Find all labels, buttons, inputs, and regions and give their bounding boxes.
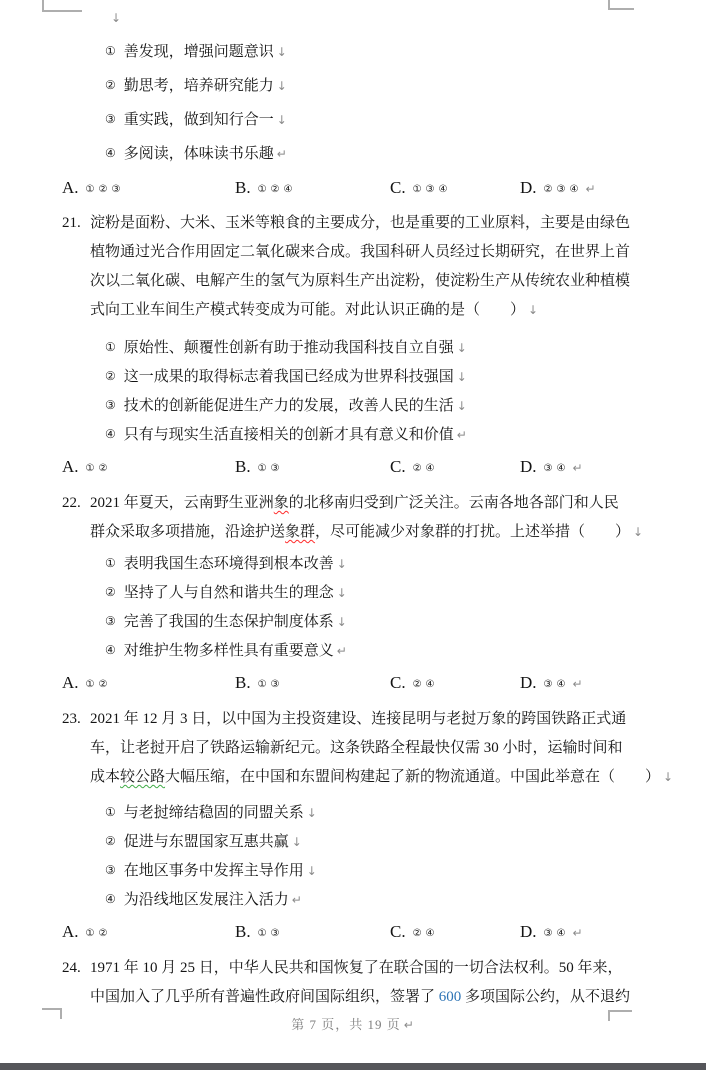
text-segment: 多阅读，体味读书乐趣 xyxy=(124,146,274,162)
page-bottom-edge xyxy=(0,1063,706,1070)
text-segment: 促进与东盟国家互惠共赢 xyxy=(124,834,289,850)
answer-letter: A. xyxy=(62,673,79,692)
question-line: 24.1971 年 10 月 25 日，中华人民共和国恢复了在联合国的一切合法权… xyxy=(0,954,706,983)
question-text: 1971 年 10 月 25 日，中华人民共和国恢复了在联合国的一切合法权利。5… xyxy=(90,960,623,976)
text-segment: 2021 年夏天，云南野生亚洲 xyxy=(90,495,274,511)
option-line: ③在地区事务中发挥主导作用↓ xyxy=(0,856,706,885)
option-line: ④只有与现实生活直接相关的创新才具有意义和价值↵ xyxy=(0,420,706,449)
paragraph-mark: ↵ xyxy=(572,926,582,940)
text-segment: 600 xyxy=(439,989,462,1005)
format-mark: ↓ xyxy=(528,303,538,317)
circled-number: ③ xyxy=(105,614,116,628)
answer-numbers: ③④ xyxy=(544,679,570,690)
circled-number: ① xyxy=(105,805,116,819)
text-segment: 车，让老挝开启了铁路运输新纪元。这条铁路全程最快仅需 30 小时，运输时间和 xyxy=(90,740,623,756)
answer-letter: B. xyxy=(235,673,251,692)
answer-choice-b: B.①③ xyxy=(235,449,390,487)
answer-letter: C. xyxy=(390,457,406,476)
option-line: ①表明我国生态环境得到根本改善↓ xyxy=(0,549,706,578)
answer-numbers: ②③④ xyxy=(544,184,583,195)
option-text: 技术的创新能促进生产力的发展，改善人民的生活↓ xyxy=(124,398,467,414)
answer-letter: B. xyxy=(235,922,251,941)
option-text: 重实践，做到知行合一↓ xyxy=(124,112,287,128)
answer-letter: C. xyxy=(390,178,406,197)
text-segment: 象群 xyxy=(285,524,315,540)
answer-numbers: ②④ xyxy=(413,463,439,474)
text-segment: 这一成果的取得标志着我国已经成为世界科技强国 xyxy=(124,369,454,385)
text-segment: ，尽可能减少对象群的打扰。上述举措（ ） xyxy=(315,524,630,540)
question-24: 24.1971 年 10 月 25 日，中华人民共和国恢复了在联合国的一切合法权… xyxy=(0,954,706,1012)
answer-numbers: ①③ xyxy=(258,679,284,690)
option-line: ②坚持了人与自然和谐共生的理念↓ xyxy=(0,578,706,607)
answer-choice-d: D.③④ xyxy=(520,914,569,952)
option-line: ④对维护生物多样性具有重要意义↵ xyxy=(0,636,706,665)
question-line: 群众采取多项措施，沿途护送象群，尽可能减少对象群的打扰。上述举措（ ）↓ xyxy=(0,518,706,547)
option-group: ①表明我国生态环境得到根本改善↓ ②坚持了人与自然和谐共生的理念↓ ③完善了我国… xyxy=(0,549,706,665)
answer-numbers: ②④ xyxy=(413,679,439,690)
format-mark: ↓ xyxy=(277,113,287,127)
answer-row: A.①②B.①③C.②④D.③④↵ xyxy=(0,449,706,485)
format-mark: ↵ xyxy=(337,644,347,658)
question-text: 成本较公路大幅压缩，在中国和东盟间构建起了新的物流通道。中国此举意在（ ）↓ xyxy=(90,769,673,785)
text-segment: 淀粉是面粉、大米、玉米等粮食的主要成分，也是重要的工业原料，主要是由绿色 xyxy=(90,215,630,231)
text-segment: 的北移南归受到广泛关注。云南各地各部门和人民 xyxy=(289,495,619,511)
question-line: 22.2021 年夏天，云南野生亚洲象的北移南归受到广泛关注。云南各地各部门和人… xyxy=(0,489,706,518)
circled-number: ④ xyxy=(105,892,116,906)
answer-choice-b: B.①③ xyxy=(235,914,390,952)
text-segment: 完善了我国的生态保护制度体系 xyxy=(124,614,334,630)
question-number: 24. xyxy=(62,954,90,983)
format-mark: ↵ xyxy=(292,893,302,907)
answer-row: A.①②B.①③C.②④D.③④↵ xyxy=(0,665,706,701)
text-segment: 式向工业车间生产模式转变成为可能。对此认识正确的是（ ） xyxy=(90,302,525,318)
question-line: 植物通过光合作用固定二氧化碳来合成。我国科研人员经过长期研究，在世界上首 xyxy=(0,238,706,267)
answer-row: A.①②B.①③C.②④D.③④↵ xyxy=(0,914,706,950)
circled-number: ① xyxy=(105,44,116,58)
answer-numbers: ①③ xyxy=(258,928,284,939)
circled-number: ② xyxy=(105,834,116,848)
option-text: 这一成果的取得标志着我国已经成为世界科技强国↓ xyxy=(124,369,467,385)
text-segment: 成本 xyxy=(90,769,120,785)
format-mark: ↓ xyxy=(277,79,287,93)
text-segment: 坚持了人与自然和谐共生的理念 xyxy=(124,585,334,601)
answer-numbers: ③④ xyxy=(544,928,570,939)
circled-number: ① xyxy=(105,340,116,354)
circled-number: ④ xyxy=(105,427,116,441)
question-text: 次以二氧化碳、电解产生的氢气为原料生产出淀粉，使淀粉生产从传统农业种植模 xyxy=(90,273,630,289)
answer-numbers: ①② xyxy=(86,679,112,690)
option-text: 坚持了人与自然和谐共生的理念↓ xyxy=(124,585,347,601)
format-mark: ↓ xyxy=(663,770,673,784)
option-text: 表明我国生态环境得到根本改善↓ xyxy=(124,556,347,572)
option-group: ①原始性、颠覆性创新有助于推动我国科技自立自强↓ ②这一成果的取得标志着我国已经… xyxy=(0,333,706,449)
circled-number: ② xyxy=(105,78,116,92)
option-group: ①与老挝缔结稳固的同盟关系↓ ②促进与东盟国家互惠共赢↓ ③在地区事务中发挥主导… xyxy=(0,798,706,914)
text-segment: 大幅压缩，在中国和东盟间构建起了新的物流通道。中国此举意在（ ） xyxy=(165,769,660,785)
option-text: 勤思考，培养研究能力↓ xyxy=(124,78,287,94)
answer-choice-c: C.①③④ xyxy=(390,170,520,207)
format-mark: ↓ xyxy=(307,806,317,820)
question-number: 22. xyxy=(62,489,90,518)
option-line: ④多阅读，体味读书乐趣↵ xyxy=(0,136,706,170)
page-footer: 第 7 页，共 19 页↵ xyxy=(0,1014,706,1033)
question-line: 车，让老挝开启了铁路运输新纪元。这条铁路全程最快仅需 30 小时，运输时间和 xyxy=(0,734,706,763)
format-mark: ↓ xyxy=(337,615,347,629)
text-segment: 1971 年 10 月 25 日，中华人民共和国恢复了在联合国的一切合法权利。5… xyxy=(90,960,623,976)
text-segment: 勤思考，培养研究能力 xyxy=(124,78,274,94)
option-text: 在地区事务中发挥主导作用↓ xyxy=(124,863,317,879)
question-text: 淀粉是面粉、大米、玉米等粮食的主要成分，也是重要的工业原料，主要是由绿色 xyxy=(90,215,630,231)
format-mark: ↓ xyxy=(337,557,347,571)
text-segment: 群众采取多项措施，沿途护送 xyxy=(90,524,285,540)
option-line: ①与老挝缔结稳固的同盟关系↓ xyxy=(0,798,706,827)
answer-numbers: ②④ xyxy=(413,928,439,939)
text-segment: 善发现，增强问题意识 xyxy=(124,44,274,60)
text-segment: 较公路 xyxy=(120,769,165,785)
option-text: 多阅读，体味读书乐趣↵ xyxy=(124,146,287,162)
question-line: 次以二氧化碳、电解产生的氢气为原料生产出淀粉，使淀粉生产从传统农业种植模 xyxy=(0,267,706,296)
format-mark: ↵ xyxy=(457,428,467,442)
paragraph-mark: ↵ xyxy=(572,461,582,475)
question-text: 群众采取多项措施，沿途护送象群，尽可能减少对象群的打扰。上述举措（ ）↓ xyxy=(90,524,643,540)
answer-choice-d: D.③④ xyxy=(520,449,569,487)
option-text: 对维护生物多样性具有重要意义↵ xyxy=(124,643,347,659)
document-page: ↓ ①善发现，增强问题意识↓ ②勤思考，培养研究能力↓ ③重实践，做到知行合一↓… xyxy=(0,6,706,1012)
answer-letter: B. xyxy=(235,457,251,476)
answer-numbers: ①② xyxy=(86,463,112,474)
text-segment: 2021 年 12 月 3 日，以中国为主投资建设、连接昆明与老挝万象的跨国铁路… xyxy=(90,711,626,727)
option-line: ③重实践，做到知行合一↓ xyxy=(0,102,706,136)
question-22: 22.2021 年夏天，云南野生亚洲象的北移南归受到广泛关注。云南各地各部门和人… xyxy=(0,489,706,701)
answer-choice-c: C.②④ xyxy=(390,665,520,703)
option-text: 为沿线地区发展注入活力↵ xyxy=(124,892,302,908)
answer-letter: D. xyxy=(520,457,537,476)
option-line: ③技术的创新能促进生产力的发展，改善人民的生活↓ xyxy=(0,391,706,420)
answer-letter: D. xyxy=(520,673,537,692)
format-mark: ↓ xyxy=(337,586,347,600)
answer-choice-d: D.②③④ xyxy=(520,170,582,207)
answer-letter: D. xyxy=(520,922,537,941)
text-segment: 技术的创新能促进生产力的发展，改善人民的生活 xyxy=(124,398,454,414)
question-23: 23.2021 年 12 月 3 日，以中国为主投资建设、连接昆明与老挝万象的跨… xyxy=(0,705,706,950)
option-line: ④为沿线地区发展注入活力↵ xyxy=(0,885,706,914)
answer-choice-b: B.①③ xyxy=(235,665,390,703)
question-text: 2021 年 12 月 3 日，以中国为主投资建设、连接昆明与老挝万象的跨国铁路… xyxy=(90,711,626,727)
format-mark: ↓ xyxy=(633,525,643,539)
answer-choice-a: A.①② xyxy=(62,449,235,487)
text-segment: 原始性、颠覆性创新有助于推动我国科技自立自强 xyxy=(124,340,454,356)
answer-numbers: ①②④ xyxy=(258,184,297,195)
answer-letter: A. xyxy=(62,922,79,941)
question-20-tail: ①善发现，增强问题意识↓ ②勤思考，培养研究能力↓ ③重实践，做到知行合一↓ ④… xyxy=(0,34,706,205)
circled-number: ② xyxy=(105,585,116,599)
question-line: 式向工业车间生产模式转变成为可能。对此认识正确的是（ ）↓ xyxy=(0,296,706,325)
answer-letter: C. xyxy=(390,922,406,941)
option-text: 原始性、颠覆性创新有助于推动我国科技自立自强↓ xyxy=(124,340,467,356)
paragraph-mark: ↵ xyxy=(404,1018,415,1032)
text-segment: 对维护生物多样性具有重要意义 xyxy=(124,643,334,659)
option-line: ③完善了我国的生态保护制度体系↓ xyxy=(0,607,706,636)
answer-choice-c: C.②④ xyxy=(390,449,520,487)
question-line: 23.2021 年 12 月 3 日，以中国为主投资建设、连接昆明与老挝万象的跨… xyxy=(0,705,706,734)
answer-numbers: ①②③ xyxy=(86,184,125,195)
option-line: ②勤思考，培养研究能力↓ xyxy=(0,68,706,102)
paragraph-mark: ↵ xyxy=(585,182,595,196)
page-number-text: 第 7 页，共 19 页 xyxy=(291,1017,401,1032)
circled-number: ③ xyxy=(105,398,116,412)
answer-choice-a: A.①② xyxy=(62,914,235,952)
text-segment: 植物通过光合作用固定二氧化碳来合成。我国科研人员经过长期研究，在世界上首 xyxy=(90,244,630,260)
text-segment: 为沿线地区发展注入活力 xyxy=(124,892,289,908)
format-mark: ↓ xyxy=(292,835,302,849)
answer-letter: A. xyxy=(62,178,79,197)
circled-number: ③ xyxy=(105,112,116,126)
answer-choice-a: A.①② xyxy=(62,665,235,703)
paragraph-mark: ↵ xyxy=(572,677,582,691)
answer-letter: D. xyxy=(520,178,537,197)
circled-number: ① xyxy=(105,556,116,570)
text-segment: 在地区事务中发挥主导作用 xyxy=(124,863,304,879)
circled-number: ④ xyxy=(105,146,116,160)
blank-line: ↓ xyxy=(0,6,706,34)
format-mark: ↓ xyxy=(307,864,317,878)
answer-choice-b: B.①②④ xyxy=(235,170,390,207)
option-text: 促进与东盟国家互惠共赢↓ xyxy=(124,834,302,850)
option-line: ①原始性、颠覆性创新有助于推动我国科技自立自强↓ xyxy=(0,333,706,362)
circled-number: ② xyxy=(105,369,116,383)
line-break-mark: ↓ xyxy=(111,11,121,25)
option-line: ①善发现，增强问题意识↓ xyxy=(0,34,706,68)
circled-number: ③ xyxy=(105,863,116,877)
answer-letter: C. xyxy=(390,673,406,692)
option-text: 完善了我国的生态保护制度体系↓ xyxy=(124,614,347,630)
text-segment: 中国加入了几乎所有普遍性政府间国际组织，签署了 xyxy=(90,989,439,1005)
question-text: 2021 年夏天，云南野生亚洲象的北移南归受到广泛关注。云南各地各部门和人民 xyxy=(90,495,619,511)
option-text: 与老挝缔结稳固的同盟关系↓ xyxy=(124,805,317,821)
question-number: 21. xyxy=(62,209,90,238)
option-text: 善发现，增强问题意识↓ xyxy=(124,44,287,60)
answer-choice-c: C.②④ xyxy=(390,914,520,952)
text-segment: 表明我国生态环境得到根本改善 xyxy=(124,556,334,572)
option-text: 只有与现实生活直接相关的创新才具有意义和价值↵ xyxy=(124,427,467,443)
question-line: 21.淀粉是面粉、大米、玉米等粮食的主要成分，也是重要的工业原料，主要是由绿色 xyxy=(0,209,706,238)
text-segment: 与老挝缔结稳固的同盟关系 xyxy=(124,805,304,821)
format-mark: ↓ xyxy=(457,370,467,384)
answer-letter: B. xyxy=(235,178,251,197)
question-text: 式向工业车间生产模式转变成为可能。对此认识正确的是（ ）↓ xyxy=(90,302,538,318)
answer-numbers: ③④ xyxy=(544,463,570,474)
answer-letter: A. xyxy=(62,457,79,476)
answer-numbers: ①② xyxy=(86,928,112,939)
question-text: 车，让老挝开启了铁路运输新纪元。这条铁路全程最快仅需 30 小时，运输时间和 xyxy=(90,740,623,756)
text-segment: 多项国际公约，从不退约 xyxy=(461,989,630,1005)
answer-choice-a: A.①②③ xyxy=(62,170,235,207)
text-segment: 次以二氧化碳、电解产生的氢气为原料生产出淀粉，使淀粉生产从传统农业种植模 xyxy=(90,273,630,289)
question-text: 中国加入了几乎所有普遍性政府间国际组织，签署了 600 多项国际公约，从不退约 xyxy=(90,989,630,1005)
question-line: 成本较公路大幅压缩，在中国和东盟间构建起了新的物流通道。中国此举意在（ ）↓ xyxy=(0,763,706,792)
answer-choice-d: D.③④ xyxy=(520,665,569,703)
format-mark: ↓ xyxy=(457,341,467,355)
text-segment: 象 xyxy=(274,495,289,511)
format-mark: ↵ xyxy=(277,147,287,161)
answer-numbers: ①③④ xyxy=(413,184,452,195)
option-line: ②这一成果的取得标志着我国已经成为世界科技强国↓ xyxy=(0,362,706,391)
question-line: 中国加入了几乎所有普遍性政府间国际组织，签署了 600 多项国际公约，从不退约 xyxy=(0,983,706,1012)
question-21: 21.淀粉是面粉、大米、玉米等粮食的主要成分，也是重要的工业原料，主要是由绿色 … xyxy=(0,209,706,485)
answer-numbers: ①③ xyxy=(258,463,284,474)
circled-number: ④ xyxy=(105,643,116,657)
question-number: 23. xyxy=(62,705,90,734)
format-mark: ↓ xyxy=(277,45,287,59)
format-mark: ↓ xyxy=(457,399,467,413)
question-text: 植物通过光合作用固定二氧化碳来合成。我国科研人员经过长期研究，在世界上首 xyxy=(90,244,630,260)
answer-row: A.①②③B.①②④C.①③④D.②③④↵ xyxy=(0,170,706,205)
text-segment: 重实践，做到知行合一 xyxy=(124,112,274,128)
option-line: ②促进与东盟国家互惠共赢↓ xyxy=(0,827,706,856)
text-segment: 只有与现实生活直接相关的创新才具有意义和价值 xyxy=(124,427,454,443)
